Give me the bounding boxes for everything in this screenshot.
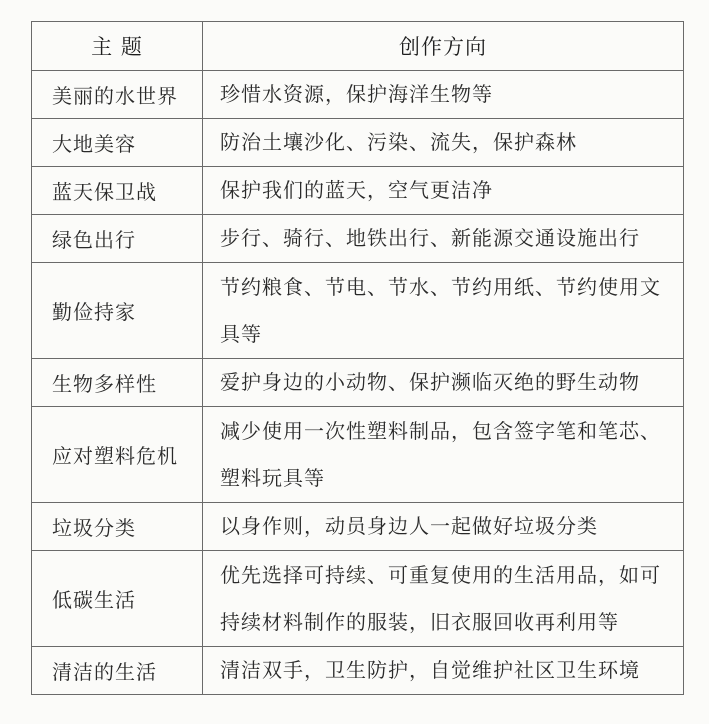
table-row: 勤俭持家 节约粮食、节电、节水、节约用纸、节约使用文具等 xyxy=(32,263,684,359)
table-row: 应对塑料危机 减少使用一次性塑料制品，包含签字笔和笔芯、塑料玩具等 xyxy=(32,407,684,503)
table-row: 垃圾分类 以身作则，动员身边人一起做好垃圾分类 xyxy=(32,503,684,551)
theme-cell: 蓝天保卫战 xyxy=(32,167,203,215)
direction-cell: 爱护身边的小动物、保护濒临灭绝的野生动物 xyxy=(203,359,684,407)
table-row: 低碳生活 优先选择可持续、可重复使用的生活用品，如可持续材料制作的服装，旧衣服回… xyxy=(32,551,684,647)
theme-cell: 大地美容 xyxy=(32,119,203,167)
theme-cell: 生物多样性 xyxy=(32,359,203,407)
direction-cell: 清洁双手，卫生防护，自觉维护社区卫生环境 xyxy=(203,647,684,695)
direction-cell: 保护我们的蓝天，空气更洁净 xyxy=(203,167,684,215)
table-row: 大地美容 防治土壤沙化、污染、流失，保护森林 xyxy=(32,119,684,167)
theme-cell: 清洁的生活 xyxy=(32,647,203,695)
header-direction: 创作方向 xyxy=(203,22,684,71)
theme-cell: 垃圾分类 xyxy=(32,503,203,551)
direction-cell: 以身作则，动员身边人一起做好垃圾分类 xyxy=(203,503,684,551)
direction-cell: 节约粮食、节电、节水、节约用纸、节约使用文具等 xyxy=(203,263,684,359)
direction-cell: 步行、骑行、地铁出行、新能源交通设施出行 xyxy=(203,215,684,263)
table-row: 绿色出行 步行、骑行、地铁出行、新能源交通设施出行 xyxy=(32,215,684,263)
direction-cell: 减少使用一次性塑料制品，包含签字笔和笔芯、塑料玩具等 xyxy=(203,407,684,503)
theme-direction-table: 主 题 创作方向 美丽的水世界 珍惜水资源，保护海洋生物等 大地美容 防治土壤沙… xyxy=(31,21,684,695)
theme-cell: 应对塑料危机 xyxy=(32,407,203,503)
table-row: 清洁的生活 清洁双手，卫生防护，自觉维护社区卫生环境 xyxy=(32,647,684,695)
theme-cell: 绿色出行 xyxy=(32,215,203,263)
table-row: 美丽的水世界 珍惜水资源，保护海洋生物等 xyxy=(32,71,684,119)
direction-cell: 防治土壤沙化、污染、流失，保护森林 xyxy=(203,119,684,167)
direction-cell: 优先选择可持续、可重复使用的生活用品，如可持续材料制作的服装，旧衣服回收再利用等 xyxy=(203,551,684,647)
theme-cell: 美丽的水世界 xyxy=(32,71,203,119)
direction-cell: 珍惜水资源，保护海洋生物等 xyxy=(203,71,684,119)
table-header-row: 主 题 创作方向 xyxy=(32,22,684,71)
theme-cell: 低碳生活 xyxy=(32,551,203,647)
table-row: 蓝天保卫战 保护我们的蓝天，空气更洁净 xyxy=(32,167,684,215)
table-row: 生物多样性 爱护身边的小动物、保护濒临灭绝的野生动物 xyxy=(32,359,684,407)
header-theme: 主 题 xyxy=(32,22,203,71)
theme-cell: 勤俭持家 xyxy=(32,263,203,359)
